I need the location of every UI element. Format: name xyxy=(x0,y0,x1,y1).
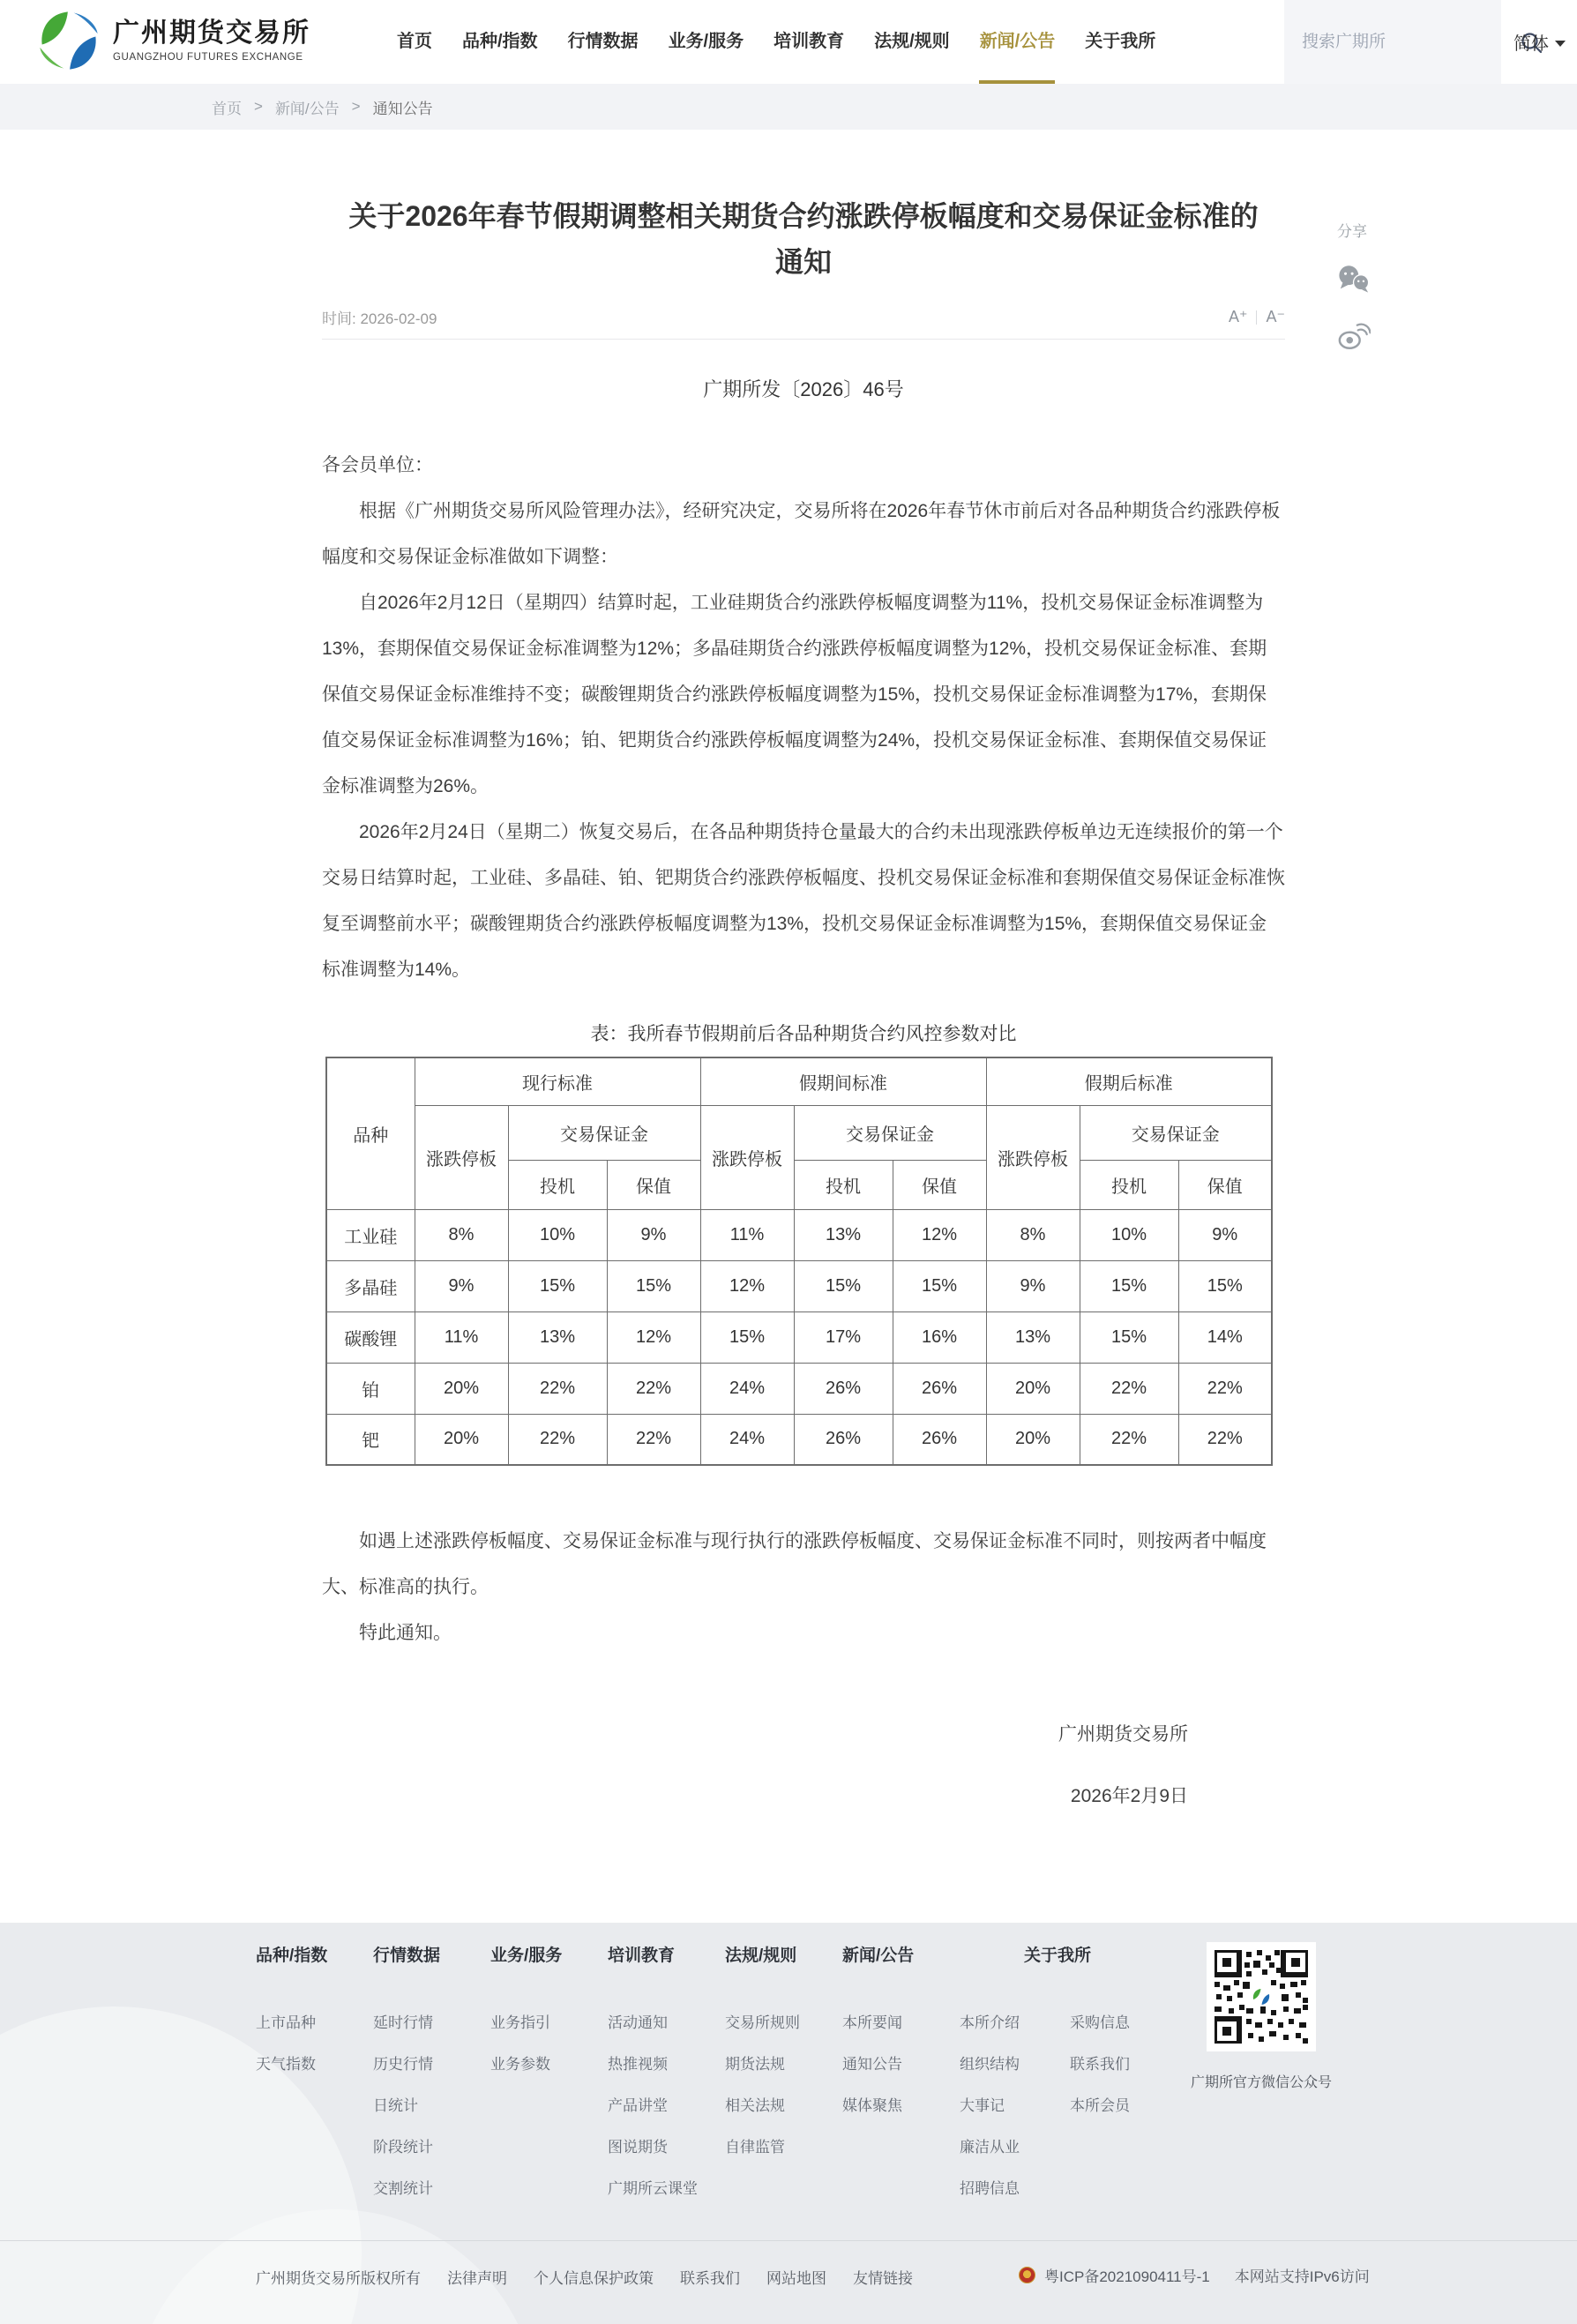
qr-caption: 广期所官方微信公众号 xyxy=(1177,2071,1345,2091)
salutation: 各会员单位： xyxy=(322,443,1285,489)
document-number: 广期所发〔2026〕46号 xyxy=(322,375,1285,402)
time-value: 2026-02-09 xyxy=(360,310,437,327)
table-cell-product: 工业硅 xyxy=(326,1209,415,1260)
footer-link[interactable]: 联系我们 xyxy=(1070,2050,1180,2080)
table-header-group: 假期间标准 xyxy=(700,1057,986,1105)
footer-link[interactable]: 通知公告 xyxy=(842,2050,960,2080)
footer-links: 活动通知热推视频产品讲堂图说期货广期所云课堂 xyxy=(608,2008,725,2204)
footer-links: 延时行情历史行情日统计阶段统计交割统计 xyxy=(373,2008,490,2204)
bottom-link-3[interactable]: 联系我们 xyxy=(680,2266,740,2288)
footer-link[interactable]: 日统计 xyxy=(373,2091,490,2121)
breadcrumb-item-1[interactable]: 新闻/公告 xyxy=(275,96,340,118)
publish-time: 时间: 2026-02-09 xyxy=(322,306,437,328)
table-cell: 26% xyxy=(794,1414,893,1465)
table-row: 铂20%22%22%24%26%26%20%22%22% xyxy=(326,1363,1272,1414)
table-cell-product: 碳酸锂 xyxy=(326,1311,415,1363)
footer-link[interactable]: 大事记 xyxy=(960,2091,1070,2121)
signature-org: 广州期货交易所 xyxy=(322,1704,1188,1766)
table-cell: 22% xyxy=(508,1363,607,1414)
time-label: 时间: xyxy=(322,310,356,327)
footer-link[interactable]: 交易所规则 xyxy=(725,2008,842,2038)
footer-link[interactable]: 期货法规 xyxy=(725,2050,842,2080)
table-cell: 8% xyxy=(415,1209,508,1260)
table-header-group: 现行标准 xyxy=(415,1057,700,1105)
table-header-spec: 投机 xyxy=(794,1160,893,1209)
footer-column-title: 法规/规则 xyxy=(725,1942,842,1966)
bottom-link-1[interactable]: 法律声明 xyxy=(447,2266,507,2288)
table-header-margin: 交易保证金 xyxy=(508,1105,700,1160)
font-increase-button[interactable]: A⁺ xyxy=(1229,308,1248,326)
table-cell-product: 铂 xyxy=(326,1363,415,1414)
footer-column-title: 培训教育 xyxy=(608,1942,725,1966)
nav-item-5[interactable]: 法规/规则 xyxy=(874,0,950,84)
table-header-margin: 交易保证金 xyxy=(1080,1105,1272,1160)
footer-link[interactable]: 活动通知 xyxy=(608,2008,725,2038)
footer-link[interactable]: 热推视频 xyxy=(608,2050,725,2080)
table-cell: 15% xyxy=(607,1260,700,1311)
footer-link[interactable]: 自律监管 xyxy=(725,2133,842,2163)
footer-about-sublists: 本所介绍组织结构大事记廉洁从业招聘信息采购信息联系我们本所会员 xyxy=(960,2008,1224,2216)
footer-links: 交易所规则期货法规相关法规自律监管 xyxy=(725,2008,842,2163)
article-paragraph: 自2026年2月12日（星期四）结算时起，工业硅期货合约涨跌停板幅度调整为11%… xyxy=(322,580,1285,810)
table-header-hedge: 保值 xyxy=(893,1160,986,1209)
table-cell: 9% xyxy=(607,1209,700,1260)
table-cell: 9% xyxy=(986,1260,1080,1311)
wechat-icon[interactable] xyxy=(1337,264,1371,294)
main-nav: 首页品种/指数行情数据业务/服务培训教育法规/规则新闻/公告关于我所 xyxy=(397,0,1155,84)
table-row: 多晶硅9%15%15%12%15%15%9%15%15% xyxy=(326,1260,1272,1311)
footer-link[interactable]: 历史行情 xyxy=(373,2050,490,2080)
footer-bottom-bar: 广州期货交易所版权所有法律声明个人信息保护政策联系我们网站地图友情链接 粤ICP… xyxy=(0,2240,1577,2324)
footer-links-a: 本所介绍组织结构大事记廉洁从业招聘信息 xyxy=(960,2008,1070,2216)
table-cell: 17% xyxy=(794,1311,893,1363)
logo-title: 广州期货交易所 xyxy=(113,19,310,49)
table-cell: 10% xyxy=(1080,1209,1178,1260)
table-cell: 22% xyxy=(607,1363,700,1414)
bottom-link-4[interactable]: 网站地图 xyxy=(766,2266,826,2288)
share-rail: 分享 xyxy=(1337,219,1399,378)
article-paragraph: 2026年2月24日（星期二）恢复交易后，在各品种期货持仓量最大的合约未出现涨跌… xyxy=(322,810,1285,993)
table-cell: 20% xyxy=(986,1363,1080,1414)
table-cell: 16% xyxy=(893,1311,986,1363)
table-header-hedge: 保值 xyxy=(607,1160,700,1209)
gfex-logo-icon xyxy=(37,9,101,72)
footer-links: 上市品种天气指数 xyxy=(256,2008,373,2080)
ipv6-note: 本网站支持IPv6访问 xyxy=(1235,2264,1370,2286)
table-cell: 13% xyxy=(508,1311,607,1363)
table-caption: 表：我所春节假期前后各品种期货合约风控参数对比 xyxy=(322,1020,1285,1046)
footer-column-4: 法规/规则交易所规则期货法规相关法规自律监管 xyxy=(725,1942,842,2216)
table-cell: 13% xyxy=(986,1311,1080,1363)
table-header-limit: 涨跌停板 xyxy=(700,1105,794,1209)
icp-group: 粤ICP备2021090411号-1 本网站支持IPv6访问 xyxy=(1019,2264,1370,2286)
footer-link[interactable]: 交割统计 xyxy=(373,2174,490,2204)
logo-subtitle: GUANGZHOU FUTURES EXCHANGE xyxy=(113,52,310,63)
footer-link[interactable]: 阶段统计 xyxy=(373,2133,490,2163)
footer-link[interactable]: 组织结构 xyxy=(960,2050,1070,2080)
police-badge-icon xyxy=(1019,2267,1035,2283)
font-decrease-button[interactable]: A⁻ xyxy=(1266,308,1285,326)
footer-link[interactable]: 广期所云课堂 xyxy=(608,2174,725,2204)
table-cell: 12% xyxy=(607,1311,700,1363)
wechat-qr-card xyxy=(1207,1942,1316,2051)
table-cell: 15% xyxy=(1178,1260,1272,1311)
table-cell: 15% xyxy=(1080,1260,1178,1311)
table-cell: 22% xyxy=(1080,1363,1178,1414)
page-title: 关于2026年春节假期调整相关期货合约涨跌停板幅度和交易保证金标准的通知 xyxy=(322,193,1285,285)
table-cell: 9% xyxy=(415,1260,508,1311)
language-selector[interactable]: 简体 xyxy=(1513,0,1566,84)
table-cell: 26% xyxy=(893,1363,986,1414)
article-meta: 时间: 2026-02-09 A⁺ A⁻ xyxy=(322,306,1285,328)
table-cell: 9% xyxy=(1178,1209,1272,1260)
article-paragraph: 根据《广州期货交易所风险管理办法》，经研究决定，交易所将在2026年春节休市前后… xyxy=(322,489,1285,580)
nav-item-2[interactable]: 行情数据 xyxy=(568,0,639,84)
table-cell: 20% xyxy=(986,1414,1080,1465)
footer-column-5: 新闻/公告本所要闻通知公告媒体聚焦 xyxy=(842,1942,960,2216)
footer-link[interactable]: 上市品种 xyxy=(256,2008,373,2038)
table-cell-product: 多晶硅 xyxy=(326,1260,415,1311)
table-cell: 22% xyxy=(508,1414,607,1465)
risk-parameters-table: 品种现行标准假期间标准假期后标准涨跌停板交易保证金涨跌停板交易保证金涨跌停板交易… xyxy=(325,1057,1273,1466)
signature-date: 2026年2月9日 xyxy=(322,1766,1188,1827)
search-input[interactable] xyxy=(1300,32,1520,53)
footer-link[interactable]: 业务指引 xyxy=(490,2008,608,2038)
footer-links: 业务指引业务参数 xyxy=(490,2008,608,2080)
footer-link[interactable]: 采购信息 xyxy=(1070,2008,1180,2038)
bottom-link-0[interactable]: 广州期货交易所版权所有 xyxy=(256,2266,421,2288)
footer-link[interactable]: 媒体聚焦 xyxy=(842,2091,960,2121)
chevron-down-icon xyxy=(1555,41,1566,47)
table-row: 工业硅8%10%9%11%13%12%8%10%9% xyxy=(326,1209,1272,1260)
table-cell: 11% xyxy=(700,1209,794,1260)
weibo-icon[interactable] xyxy=(1337,321,1371,351)
divider xyxy=(322,339,1285,340)
article: 关于2026年春节假期调整相关期货合约涨跌停板幅度和交易保证金标准的通知 时间:… xyxy=(322,130,1285,1827)
signature-block: 广州期货交易所 2026年2月9日 xyxy=(322,1704,1285,1827)
site-search xyxy=(1284,0,1501,84)
closing-paragraphs: 如遇上述涨跌停板幅度、交易保证金标准与现行执行的涨跌停板幅度、交易保证金标准不同… xyxy=(322,1519,1285,1656)
table-cell: 20% xyxy=(415,1414,508,1465)
breadcrumb-separator: > xyxy=(254,98,263,116)
nav-item-4[interactable]: 培训教育 xyxy=(774,0,844,84)
table-cell: 12% xyxy=(700,1260,794,1311)
font-size-controls: A⁺ A⁻ xyxy=(1229,308,1285,326)
table-cell: 15% xyxy=(508,1260,607,1311)
table-cell: 22% xyxy=(1080,1414,1178,1465)
logo-text: 广州期货交易所 GUANGZHOU FUTURES EXCHANGE xyxy=(113,19,310,63)
closing-paragraph: 特此通知。 xyxy=(322,1610,1285,1656)
nav-item-6[interactable]: 新闻/公告 xyxy=(980,0,1056,84)
table-cell: 22% xyxy=(1178,1363,1272,1414)
table-cell: 15% xyxy=(1080,1311,1178,1363)
footer-link[interactable]: 业务参数 xyxy=(490,2050,608,2080)
table-cell: 14% xyxy=(1178,1311,1272,1363)
footer-link[interactable]: 天气指数 xyxy=(256,2050,373,2080)
breadcrumb-item-0[interactable]: 首页 xyxy=(212,96,242,118)
table-row: 碳酸锂11%13%12%15%17%16%13%15%14% xyxy=(326,1311,1272,1363)
footer-column-2: 业务/服务业务指引业务参数 xyxy=(490,1942,608,2216)
footer-link[interactable]: 延时行情 xyxy=(373,2008,490,2038)
table-cell: 8% xyxy=(986,1209,1080,1260)
table-cell: 26% xyxy=(794,1363,893,1414)
nav-item-3[interactable]: 业务/服务 xyxy=(669,0,744,84)
footer-column-1: 行情数据延时行情历史行情日统计阶段统计交割统计 xyxy=(373,1942,490,2216)
footer-link[interactable]: 图说期货 xyxy=(608,2133,725,2163)
site-footer: 品种/指数上市品种天气指数行情数据延时行情历史行情日统计阶段统计交割统计业务/服… xyxy=(0,1923,1577,2324)
footer-link[interactable]: 本所介绍 xyxy=(960,2008,1070,2038)
footer-column-title: 业务/服务 xyxy=(490,1942,608,1966)
table-cell: 24% xyxy=(700,1363,794,1414)
table-cell: 15% xyxy=(794,1260,893,1311)
table-cell: 15% xyxy=(700,1311,794,1363)
nav-item-0[interactable]: 首页 xyxy=(397,0,432,84)
table-header-limit: 涨跌停板 xyxy=(986,1105,1080,1209)
table-cell: 20% xyxy=(415,1363,508,1414)
article-body: 各会员单位： 根据《广州期货交易所风险管理办法》，经研究决定，交易所将在2026… xyxy=(322,443,1285,993)
closing-paragraph: 如遇上述涨跌停板幅度、交易保证金标准与现行执行的涨跌停板幅度、交易保证金标准不同… xyxy=(322,1519,1285,1610)
footer-column-0: 品种/指数上市品种天气指数 xyxy=(256,1942,373,2216)
table-header-margin: 交易保证金 xyxy=(794,1105,986,1160)
footer-link[interactable]: 廉洁从业 xyxy=(960,2133,1070,2163)
footer-column-title: 行情数据 xyxy=(373,1942,490,1966)
nav-item-7[interactable]: 关于我所 xyxy=(1085,0,1155,84)
table-header-spec: 投机 xyxy=(508,1160,607,1209)
footer-link[interactable]: 本所要闻 xyxy=(842,2008,960,2038)
language-label: 简体 xyxy=(1513,29,1549,55)
table-cell: 26% xyxy=(893,1414,986,1465)
footer-column-title: 关于我所 xyxy=(1024,1942,1224,1966)
footer-column-title: 新闻/公告 xyxy=(842,1942,960,1966)
table-cell: 11% xyxy=(415,1311,508,1363)
table-row: 钯20%22%22%24%26%26%20%22%22% xyxy=(326,1414,1272,1465)
table-cell: 22% xyxy=(1178,1414,1272,1465)
site-logo[interactable]: 广州期货交易所 GUANGZHOU FUTURES EXCHANGE xyxy=(37,9,310,72)
table-cell: 22% xyxy=(607,1414,700,1465)
bottom-link-5[interactable]: 友情链接 xyxy=(853,2266,913,2288)
footer-link-columns: 品种/指数上市品种天气指数行情数据延时行情历史行情日统计阶段统计交割统计业务/服… xyxy=(0,1923,1577,2216)
table-header-limit: 涨跌停板 xyxy=(415,1105,508,1209)
nav-item-1[interactable]: 品种/指数 xyxy=(462,0,538,84)
site-header: 广州期货交易所 GUANGZHOU FUTURES EXCHANGE 首页品种/… xyxy=(0,0,1577,84)
breadcrumb-item-2: 通知公告 xyxy=(373,96,433,118)
bottom-link-2[interactable]: 个人信息保护政策 xyxy=(534,2266,654,2288)
table-cell: 10% xyxy=(508,1209,607,1260)
table-cell: 12% xyxy=(893,1209,986,1260)
table-header-group: 假期后标准 xyxy=(986,1057,1272,1105)
table-cell: 15% xyxy=(893,1260,986,1311)
breadcrumb-separator: > xyxy=(352,98,361,116)
table-cell: 13% xyxy=(794,1209,893,1260)
icp-record-link[interactable]: 粤ICP备2021090411号-1 xyxy=(1044,2264,1210,2286)
footer-column-3: 培训教育活动通知热推视频产品讲堂图说期货广期所云课堂 xyxy=(608,1942,725,2216)
footer-column-title: 品种/指数 xyxy=(256,1942,373,1966)
footer-link[interactable]: 招聘信息 xyxy=(960,2174,1070,2204)
qr-code xyxy=(1215,1950,1308,2044)
share-label: 分享 xyxy=(1337,219,1399,241)
footer-link[interactable]: 相关法规 xyxy=(725,2091,842,2121)
footer-links: 本所要闻通知公告媒体聚焦 xyxy=(842,2008,960,2121)
table-cell-product: 钯 xyxy=(326,1414,415,1465)
breadcrumb-bar: 首页>新闻/公告>通知公告 xyxy=(0,84,1577,130)
divider xyxy=(1256,310,1257,325)
table-header-product: 品种 xyxy=(326,1057,415,1209)
table-cell: 24% xyxy=(700,1414,794,1465)
footer-link[interactable]: 产品讲堂 xyxy=(608,2091,725,2121)
table-header-spec: 投机 xyxy=(1080,1160,1178,1209)
table-header-hedge: 保值 xyxy=(1178,1160,1272,1209)
footer-link[interactable]: 本所会员 xyxy=(1070,2091,1180,2121)
footer-links-b: 采购信息联系我们本所会员 xyxy=(1070,2008,1180,2216)
breadcrumb: 首页>新闻/公告>通知公告 xyxy=(212,96,433,118)
